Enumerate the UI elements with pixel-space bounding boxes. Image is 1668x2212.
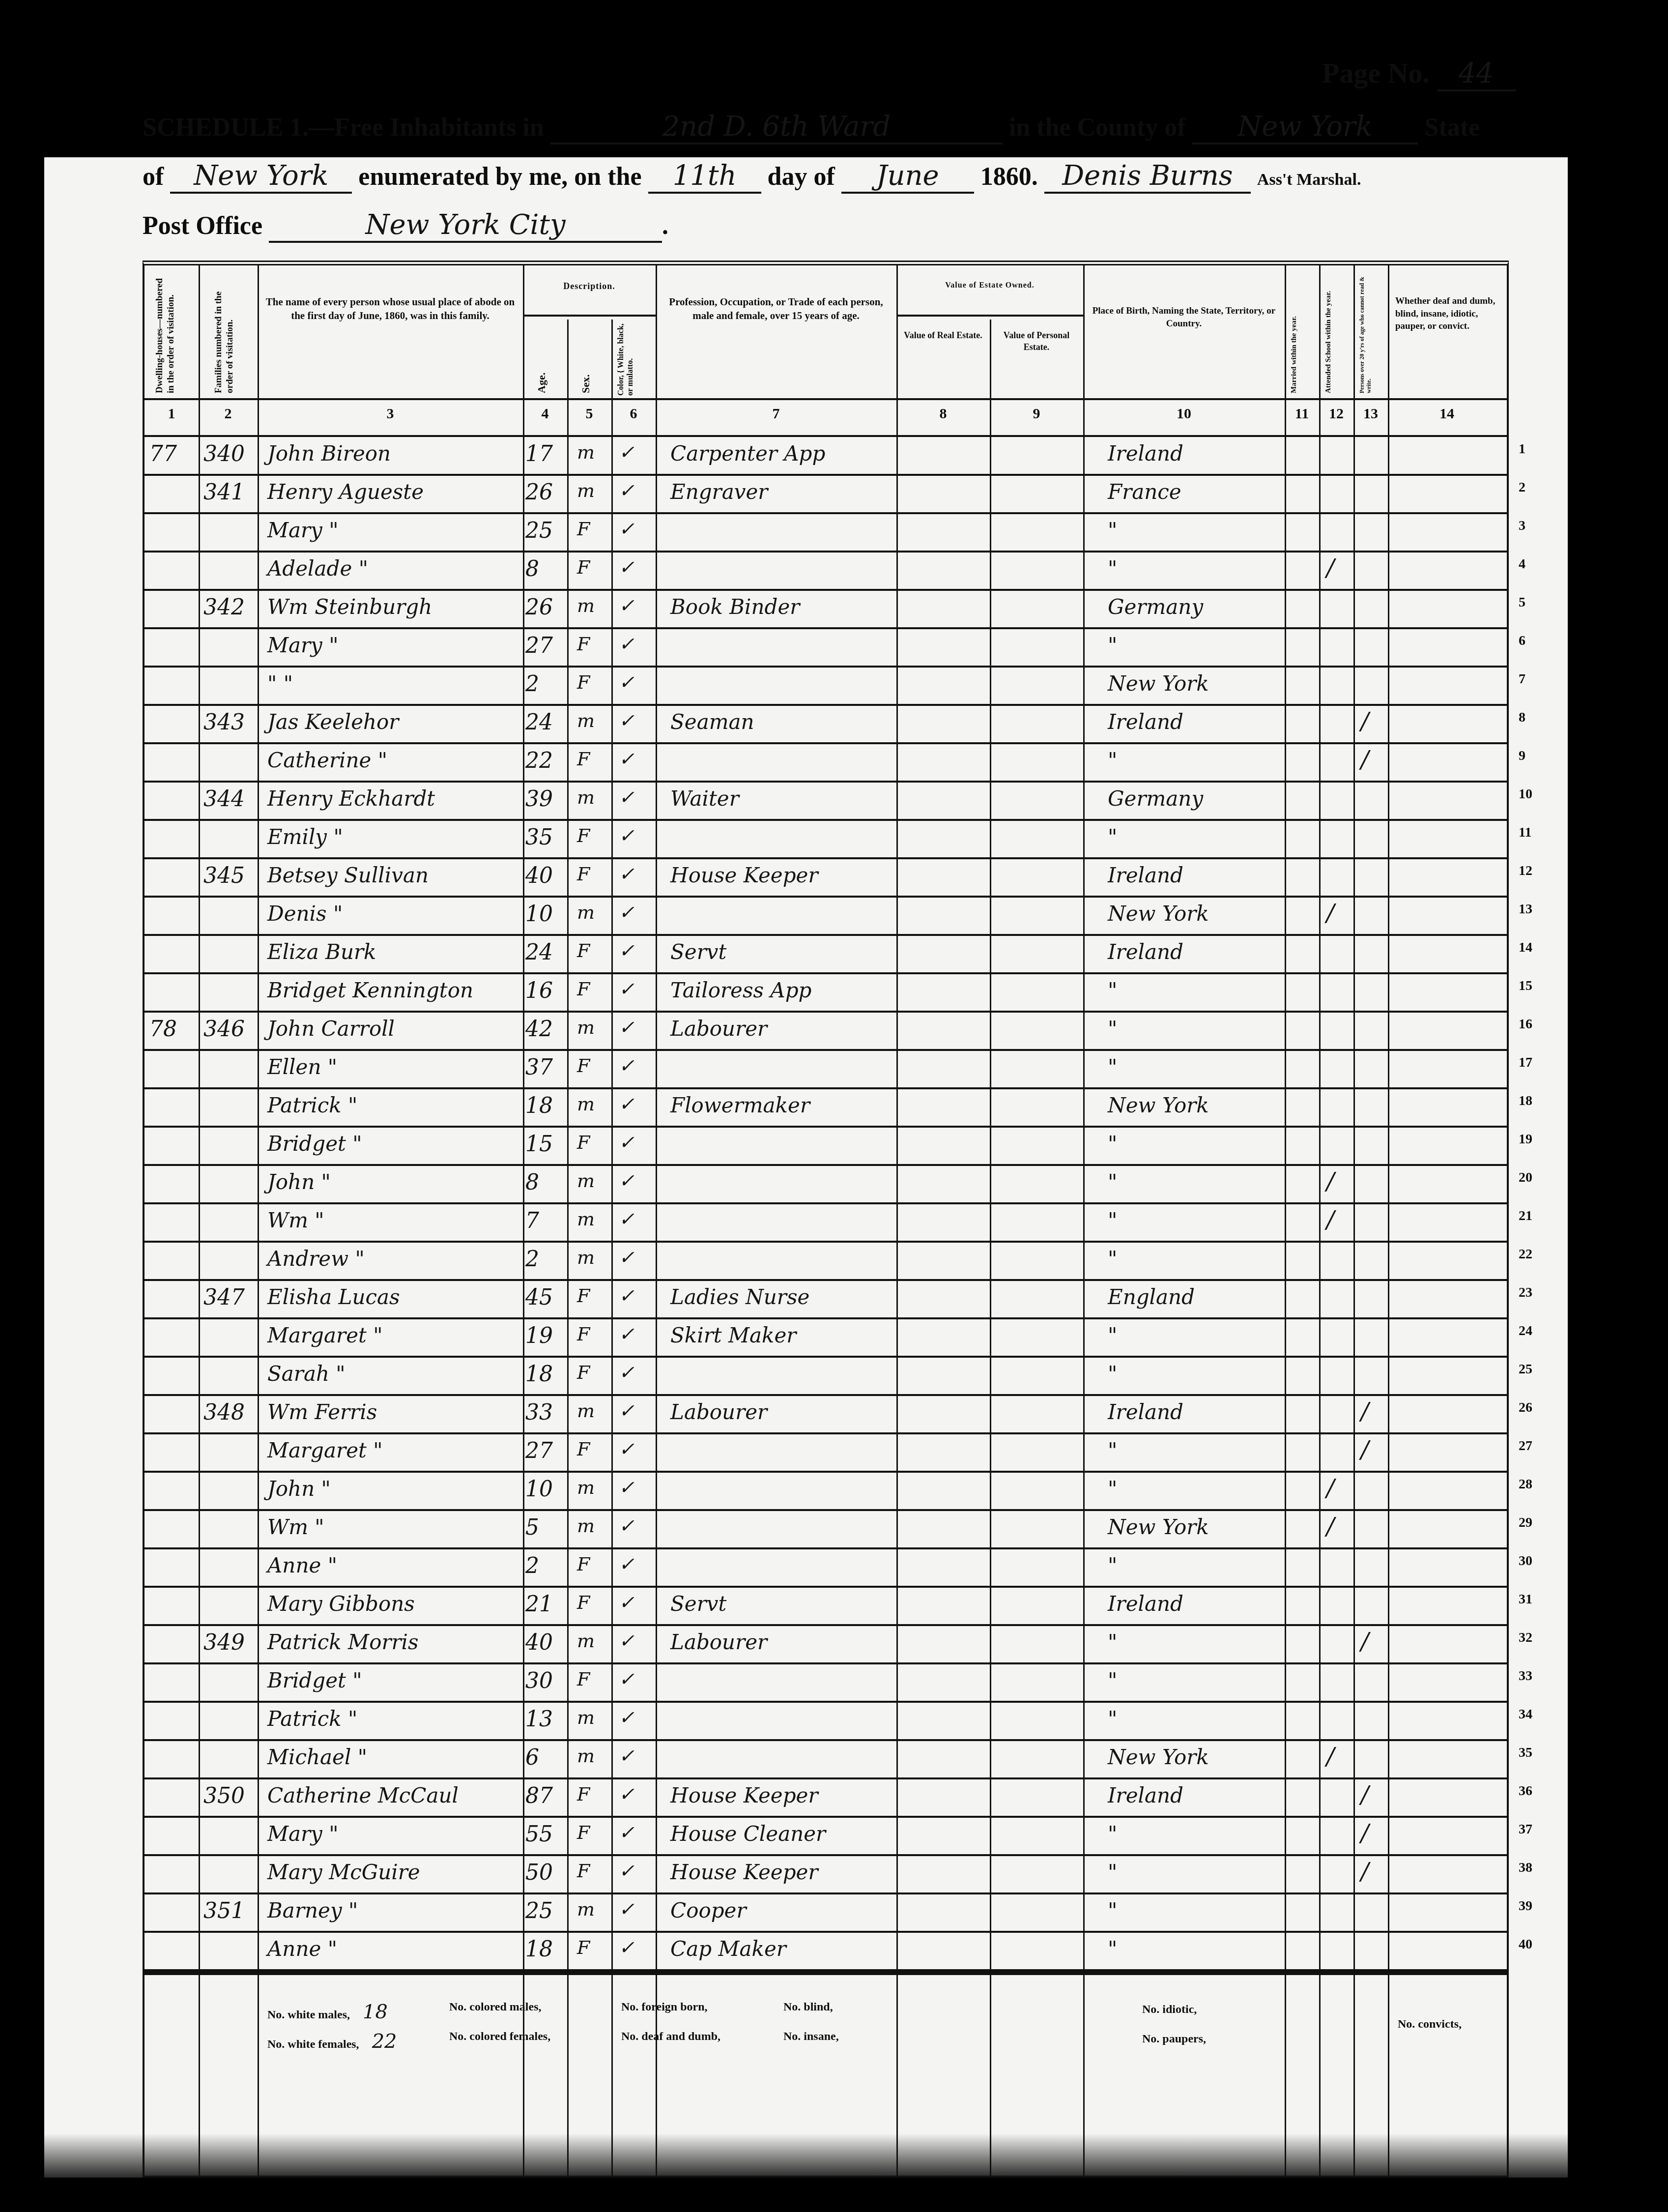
age-value: 27 xyxy=(525,633,565,658)
age-value: 50 xyxy=(525,1860,565,1885)
illiterate-mark: / xyxy=(1361,1436,1385,1464)
enumerated-label: enumerated by me, on the xyxy=(358,163,641,191)
occupation-value: Cap Maker xyxy=(670,1937,892,1961)
state-value: New York xyxy=(170,160,352,194)
color-mark: ✓ xyxy=(619,1553,648,1575)
summary-deaf-dumb: No. deaf and dumb, xyxy=(621,2030,720,2043)
age-value: 35 xyxy=(525,825,565,850)
row-number: 4 xyxy=(1519,556,1525,572)
sex-value: F xyxy=(577,1323,606,1345)
person-name: Barney " xyxy=(267,1898,518,1922)
sex-value: m xyxy=(577,1017,606,1038)
header-sex: Sex. xyxy=(579,354,599,393)
color-mark: ✓ xyxy=(619,633,648,655)
sex-value: m xyxy=(577,441,606,463)
person-name: Patrick " xyxy=(267,1093,518,1117)
table-row: 349Patrick Morris40m✓Labourer"/ xyxy=(144,1626,1507,1664)
color-mark: ✓ xyxy=(619,1592,648,1613)
table-row: John "10m✓"/ xyxy=(144,1473,1507,1511)
illiterate-mark: / xyxy=(1361,746,1385,774)
color-mark: ✓ xyxy=(619,1477,648,1498)
table-row: Michael "6m✓New York/ xyxy=(144,1741,1507,1779)
colnum: 14 xyxy=(1388,406,1506,422)
sex-value: F xyxy=(577,1937,606,1958)
table-row: 343Jas Keelehor24m✓SeamanIreland/ xyxy=(144,706,1507,744)
summary-convicts: No. convicts, xyxy=(1398,2018,1462,2031)
birthplace-value: " xyxy=(1108,1668,1280,1692)
row-number: 9 xyxy=(1519,748,1525,764)
birthplace-value: New York xyxy=(1108,1515,1280,1539)
age-value: 30 xyxy=(525,1668,565,1693)
family-number: 349 xyxy=(203,1630,255,1655)
state-label: State xyxy=(1424,114,1480,142)
person-name: Mary " xyxy=(267,1822,518,1846)
person-name: Jas Keelehor xyxy=(267,710,518,734)
school-mark: / xyxy=(1326,900,1351,927)
person-name: Patrick " xyxy=(267,1707,518,1731)
table-row: Sarah "18F✓" xyxy=(144,1358,1507,1396)
occupation-value: Servt xyxy=(670,940,892,964)
row-number: 27 xyxy=(1519,1438,1532,1454)
header-age: Age. xyxy=(535,354,555,393)
table-row: Patrick "18m✓FlowermakerNew York xyxy=(144,1089,1507,1128)
occupation-value: House Keeper xyxy=(670,1860,892,1884)
person-name: Elisha Lucas xyxy=(267,1285,518,1309)
sex-value: F xyxy=(577,633,606,655)
person-name: Eliza Burk xyxy=(267,940,518,964)
age-value: 13 xyxy=(525,1707,565,1732)
person-name: Wm Steinburgh xyxy=(267,595,518,619)
table-row: Emily "35F✓" xyxy=(144,821,1507,859)
occupation-value: House Keeper xyxy=(670,863,892,887)
row-number: 19 xyxy=(1519,1132,1532,1147)
row-number: 25 xyxy=(1519,1362,1532,1377)
family-number: 344 xyxy=(203,786,255,812)
birthplace-value: New York xyxy=(1108,671,1280,696)
school-mark: / xyxy=(1326,1743,1351,1771)
birthplace-value: " xyxy=(1108,556,1280,581)
row-number: 36 xyxy=(1519,1783,1532,1799)
dwelling-number: 78 xyxy=(149,1017,196,1042)
age-value: 19 xyxy=(525,1323,565,1348)
header-description: Description. xyxy=(523,280,656,292)
birthplace-value: Germany xyxy=(1108,786,1280,811)
row-number: 1 xyxy=(1519,441,1525,457)
color-mark: ✓ xyxy=(619,671,648,693)
summary-insane: No. insane, xyxy=(783,2030,839,2043)
sex-value: F xyxy=(577,748,606,770)
birthplace-value: " xyxy=(1108,1860,1280,1884)
colnum: 5 xyxy=(567,406,611,422)
age-value: 40 xyxy=(525,863,565,888)
description-divider xyxy=(523,315,656,317)
header-name: The name of every person whose usual pla… xyxy=(265,295,516,323)
age-value: 37 xyxy=(525,1055,565,1080)
sex-value: F xyxy=(577,1132,606,1153)
sex-value: m xyxy=(577,1898,606,1920)
sex-value: m xyxy=(577,1170,606,1192)
person-name: Bridget " xyxy=(267,1668,518,1692)
table-row: " "2F✓New York xyxy=(144,668,1507,706)
table-row: Bridget "15F✓" xyxy=(144,1128,1507,1166)
row-number: 30 xyxy=(1519,1553,1532,1569)
school-mark: / xyxy=(1326,1168,1351,1195)
color-mark: ✓ xyxy=(619,1323,648,1345)
row-number: 29 xyxy=(1519,1515,1532,1531)
color-mark: ✓ xyxy=(619,1515,648,1537)
summary-foreign-born: No. foreign born, xyxy=(621,2001,708,2014)
row-number: 18 xyxy=(1519,1093,1532,1109)
header-real-estate: Value of Real Estate. xyxy=(901,329,985,341)
row-number: 32 xyxy=(1519,1630,1532,1646)
sex-value: m xyxy=(577,1515,606,1537)
occupation-value: Flowermaker xyxy=(670,1093,892,1117)
day-value: 11th xyxy=(648,160,761,194)
colnum: 3 xyxy=(258,406,523,422)
row-number: 17 xyxy=(1519,1055,1532,1071)
dwelling-number: 77 xyxy=(149,441,196,466)
sex-value: F xyxy=(577,1822,606,1843)
colnum: 9 xyxy=(990,406,1083,422)
age-value: 26 xyxy=(525,595,565,620)
age-value: 2 xyxy=(525,1247,565,1272)
birthplace-value: " xyxy=(1108,1707,1280,1731)
sex-value: F xyxy=(577,1783,606,1805)
age-value: 87 xyxy=(525,1783,565,1808)
birthplace-value: Ireland xyxy=(1108,1783,1280,1807)
person-name: Bridget Kennington xyxy=(267,978,518,1002)
family-number: 340 xyxy=(203,441,255,466)
table-row: 341Henry Agueste26m✓EngraverFrance xyxy=(144,476,1507,514)
table-row: Margaret "27F✓"/ xyxy=(144,1434,1507,1473)
occupation-value: House Keeper xyxy=(670,1783,892,1807)
sex-value: F xyxy=(577,1055,606,1077)
person-name: Wm Ferris xyxy=(267,1400,518,1424)
color-mark: ✓ xyxy=(619,1208,648,1230)
birthplace-value: " xyxy=(1108,1477,1280,1501)
colnum: 10 xyxy=(1083,406,1285,422)
header-school: Attended School within the year. xyxy=(1324,270,1351,393)
row-number: 39 xyxy=(1519,1898,1532,1914)
family-number: 343 xyxy=(203,710,255,735)
birthplace-value: Ireland xyxy=(1108,940,1280,964)
person-name: Mary Gibbons xyxy=(267,1592,518,1616)
estate-divider xyxy=(896,315,1083,317)
colnum: 12 xyxy=(1319,406,1353,422)
birthplace-value: Ireland xyxy=(1108,1592,1280,1616)
birthplace-value: New York xyxy=(1108,902,1280,926)
birthplace-value: " xyxy=(1108,633,1280,657)
birthplace-value: England xyxy=(1108,1285,1280,1309)
family-number: 342 xyxy=(203,595,255,620)
color-mark: ✓ xyxy=(619,1438,648,1460)
family-number: 345 xyxy=(203,863,255,888)
post-office-line: Post Office New York City. xyxy=(143,209,668,243)
table-row: Mary Gibbons21F✓ServtIreland xyxy=(144,1588,1507,1626)
occupation-value: Tailoress App xyxy=(670,978,892,1002)
table-row: Bridget "30F✓" xyxy=(144,1664,1507,1703)
summary-idiotic: No. idiotic, xyxy=(1142,2003,1197,2016)
row-number: 14 xyxy=(1519,940,1532,956)
sex-value: m xyxy=(577,1477,606,1498)
row-number: 38 xyxy=(1519,1860,1532,1876)
table-row: Eliza Burk24F✓ServtIreland xyxy=(144,936,1507,974)
age-value: 18 xyxy=(525,1093,565,1118)
page-number: Page No. 44 xyxy=(1322,57,1516,91)
age-value: 18 xyxy=(525,1937,565,1962)
table-row: Margaret "19F✓Skirt Maker" xyxy=(144,1319,1507,1358)
header-dwelling: Dwelling-houses—numbered in the order of… xyxy=(154,270,194,393)
age-value: 18 xyxy=(525,1362,565,1387)
occupation-value: Ladies Nurse xyxy=(670,1285,892,1309)
color-mark: ✓ xyxy=(619,480,648,501)
age-value: 16 xyxy=(525,978,565,1003)
person-name: Catherine " xyxy=(267,748,518,772)
sex-value: F xyxy=(577,556,606,578)
sex-value: m xyxy=(577,1630,606,1652)
colnum: 6 xyxy=(611,406,656,422)
birthplace-value: " xyxy=(1108,1323,1280,1347)
birthplace-value: France xyxy=(1108,480,1280,504)
table-row: Bridget Kennington16F✓Tailoress App" xyxy=(144,974,1507,1013)
color-mark: ✓ xyxy=(619,556,648,578)
age-value: 24 xyxy=(525,940,565,965)
birthplace-value: " xyxy=(1108,1630,1280,1654)
header-married: Married within the year. xyxy=(1290,270,1317,393)
age-value: 55 xyxy=(525,1822,565,1847)
person-name: Margaret " xyxy=(267,1438,518,1462)
colnum: 7 xyxy=(656,406,896,422)
header-estate: Value of Estate Owned. xyxy=(896,280,1083,291)
row-number: 21 xyxy=(1519,1208,1532,1224)
header-illiterate: Persons over 20 y'rs of age who cannot r… xyxy=(1358,270,1385,393)
occupation-value: Seaman xyxy=(670,710,892,734)
sex-value: F xyxy=(577,1592,606,1613)
table-row: 77340John Bireon17m✓Carpenter AppIreland xyxy=(144,437,1507,476)
illiterate-mark: / xyxy=(1361,1628,1385,1656)
row-number: 31 xyxy=(1519,1592,1532,1607)
occupation-value: Labourer xyxy=(670,1400,892,1424)
occupation-value: Servt xyxy=(670,1592,892,1616)
person-name: Adelade " xyxy=(267,556,518,581)
illiterate-mark: / xyxy=(1361,1781,1385,1809)
person-name: John " xyxy=(267,1477,518,1501)
occupation-value: Skirt Maker xyxy=(670,1323,892,1347)
color-mark: ✓ xyxy=(619,1783,648,1805)
age-value: 45 xyxy=(525,1285,565,1310)
month-value: June xyxy=(841,160,974,194)
header-birthplace: Place of Birth, Naming the State, Territ… xyxy=(1091,305,1277,330)
color-mark: ✓ xyxy=(619,1898,648,1920)
person-name: Mary " xyxy=(267,518,518,542)
table-row: 350Catherine McCaul87F✓House KeeperIrela… xyxy=(144,1779,1507,1818)
color-mark: ✓ xyxy=(619,1285,648,1307)
row-number: 7 xyxy=(1519,671,1525,687)
occupation-value: Book Binder xyxy=(670,595,892,619)
person-name: Emily " xyxy=(267,825,518,849)
person-name: Betsey Sullivan xyxy=(267,863,518,887)
color-mark: ✓ xyxy=(619,825,648,846)
color-mark: ✓ xyxy=(619,1668,648,1690)
table-row: Wm "7m✓"/ xyxy=(144,1204,1507,1243)
header-divider xyxy=(144,398,1507,400)
sex-value: m xyxy=(577,1707,606,1728)
person-name: Anne " xyxy=(267,1937,518,1961)
person-name: Mary McGuire xyxy=(267,1860,518,1884)
person-name: John " xyxy=(267,1170,518,1194)
sex-value: m xyxy=(577,786,606,808)
row-number: 37 xyxy=(1519,1822,1532,1837)
school-mark: / xyxy=(1326,1206,1351,1234)
age-value: 2 xyxy=(525,671,565,697)
row-number: 34 xyxy=(1519,1707,1532,1722)
schedule-label: SCHEDULE 1.—Free Inhabitants in xyxy=(143,114,544,142)
birthplace-value: " xyxy=(1108,1937,1280,1961)
occupation-value: Labourer xyxy=(670,1017,892,1041)
school-mark: / xyxy=(1326,1513,1351,1541)
color-mark: ✓ xyxy=(619,978,648,1000)
color-mark: ✓ xyxy=(619,1017,648,1038)
person-name: Henry Eckhardt xyxy=(267,786,518,811)
of-label: of xyxy=(143,163,164,191)
color-mark: ✓ xyxy=(619,1362,648,1383)
age-value: 7 xyxy=(525,1208,565,1233)
color-mark: ✓ xyxy=(619,1707,648,1728)
county-value: New York xyxy=(1192,111,1418,145)
color-mark: ✓ xyxy=(619,1745,648,1767)
summary-colored-males: No. colored males, xyxy=(449,2001,542,2014)
color-mark: ✓ xyxy=(619,1860,648,1882)
colnum: 8 xyxy=(896,406,990,422)
birthplace-value: " xyxy=(1108,518,1280,542)
table-row: 344Henry Eckhardt39m✓WaiterGermany xyxy=(144,783,1507,821)
occupation-value: Engraver xyxy=(670,480,892,504)
sex-value: F xyxy=(577,1285,606,1307)
row-number: 8 xyxy=(1519,710,1525,726)
color-mark: ✓ xyxy=(619,940,648,961)
color-mark: ✓ xyxy=(619,1055,648,1077)
table-row: Anne "2F✓" xyxy=(144,1549,1507,1588)
color-mark: ✓ xyxy=(619,1132,648,1153)
color-mark: ✓ xyxy=(619,863,648,885)
table-row: Mary McGuire50F✓House Keeper"/ xyxy=(144,1856,1507,1894)
person-name: Andrew " xyxy=(267,1247,518,1271)
person-name: Mary " xyxy=(267,633,518,657)
family-number: 348 xyxy=(203,1400,255,1425)
sex-value: m xyxy=(577,710,606,731)
age-value: 5 xyxy=(525,1515,565,1540)
summary-colored-females: No. colored females, xyxy=(449,2030,550,2043)
person-name: Bridget " xyxy=(267,1132,518,1156)
year-value: 1860. xyxy=(980,163,1038,191)
summary-white-males-value: 18 xyxy=(363,2001,388,2023)
table-row: Mary "27F✓" xyxy=(144,629,1507,668)
color-mark: ✓ xyxy=(619,1630,648,1652)
person-name: Anne " xyxy=(267,1553,518,1577)
row-number: 13 xyxy=(1519,902,1532,917)
birthplace-value: Ireland xyxy=(1108,441,1280,466)
birthplace-value: " xyxy=(1108,1017,1280,1041)
illiterate-mark: / xyxy=(1361,1398,1385,1426)
birthplace-value: " xyxy=(1108,1553,1280,1577)
table-row: Andrew "2m✓" xyxy=(144,1243,1507,1281)
birthplace-value: " xyxy=(1108,1055,1280,1079)
summary-blind: No. blind, xyxy=(783,2001,833,2014)
sex-value: F xyxy=(577,863,606,885)
row-number: 6 xyxy=(1519,633,1525,649)
census-table: Dwelling-houses—numbered in the order of… xyxy=(143,261,1509,2178)
birthplace-value: " xyxy=(1108,748,1280,772)
colnum: 11 xyxy=(1285,406,1319,422)
schedule-line: SCHEDULE 1.—Free Inhabitants in 2nd D. 6… xyxy=(143,111,1480,145)
illiterate-mark: / xyxy=(1361,1820,1385,1847)
sex-value: F xyxy=(577,671,606,693)
row-number: 28 xyxy=(1519,1477,1532,1492)
age-value: 25 xyxy=(525,1898,565,1923)
sex-value: F xyxy=(577,940,606,961)
color-mark: ✓ xyxy=(619,786,648,808)
header-color: Color, { White, black, or mulatto. xyxy=(616,322,651,396)
row-number: 16 xyxy=(1519,1017,1532,1032)
color-mark: ✓ xyxy=(619,595,648,616)
header-personal-estate: Value of Personal Estate. xyxy=(995,329,1078,353)
summary-white-males-label: No. white males, xyxy=(267,2008,350,2021)
occupation-value: Waiter xyxy=(670,786,892,811)
post-office-label: Post Office xyxy=(143,212,262,240)
person-name: Margaret " xyxy=(267,1323,518,1347)
person-name: Michael " xyxy=(267,1745,518,1769)
sex-value: F xyxy=(577,1438,606,1460)
birthplace-value: Ireland xyxy=(1108,710,1280,734)
birthplace-value: " xyxy=(1108,825,1280,849)
birthplace-value: New York xyxy=(1108,1745,1280,1769)
person-name: Sarah " xyxy=(267,1362,518,1386)
table-row: Patrick "13m✓" xyxy=(144,1703,1507,1741)
table-row: 345Betsey Sullivan40F✓House KeeperIrelan… xyxy=(144,859,1507,898)
person-name: Henry Agueste xyxy=(267,480,518,504)
colnum: 4 xyxy=(523,406,567,422)
sex-value: m xyxy=(577,1093,606,1115)
birthplace-value: Germany xyxy=(1108,595,1280,619)
row-number: 10 xyxy=(1519,786,1532,802)
color-mark: ✓ xyxy=(619,1822,648,1843)
row-number: 5 xyxy=(1519,595,1525,611)
family-number: 341 xyxy=(203,480,255,505)
age-value: 10 xyxy=(525,1477,565,1502)
summary-paupers: No. paupers, xyxy=(1142,2033,1206,2046)
table-row: Catherine "22F✓"/ xyxy=(144,744,1507,783)
color-mark: ✓ xyxy=(619,441,648,463)
district-value: 2nd D. 6th Ward xyxy=(550,111,1003,145)
birthplace-value: " xyxy=(1108,1822,1280,1846)
occupation-value: Cooper xyxy=(670,1898,892,1922)
sex-value: F xyxy=(577,1362,606,1383)
school-mark: / xyxy=(1326,554,1351,582)
summary-white-females-label: No. white females, xyxy=(267,2038,359,2051)
row-number: 12 xyxy=(1519,863,1532,879)
birthplace-value: New York xyxy=(1108,1093,1280,1117)
color-mark: ✓ xyxy=(619,1170,648,1192)
person-name: Wm " xyxy=(267,1515,518,1539)
table-row: Mary "25F✓" xyxy=(144,514,1507,553)
table-row: Ellen "37F✓" xyxy=(144,1051,1507,1089)
person-name: Ellen " xyxy=(267,1055,518,1079)
illiterate-mark: / xyxy=(1361,708,1385,735)
color-mark: ✓ xyxy=(619,1937,648,1958)
illiterate-mark: / xyxy=(1361,1858,1385,1886)
row-number: 20 xyxy=(1519,1170,1532,1186)
occupation-value: Labourer xyxy=(670,1630,892,1654)
